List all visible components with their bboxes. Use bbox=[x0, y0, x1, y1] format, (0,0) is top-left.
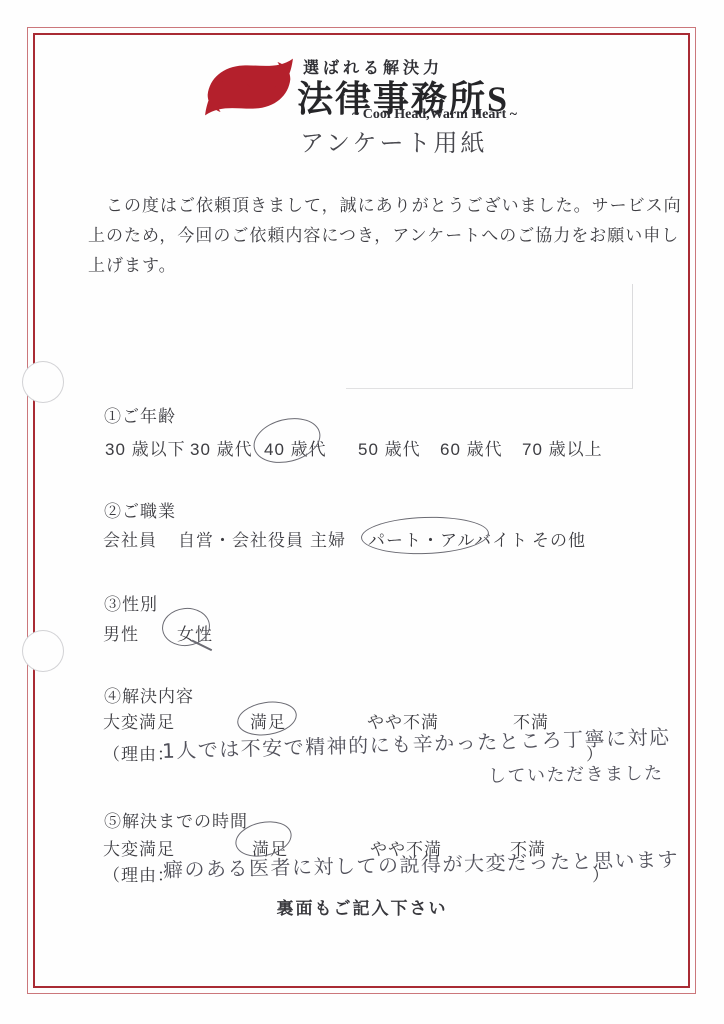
question-5-number: ⑤ bbox=[104, 812, 122, 831]
question-4-label: ④解決内容 bbox=[104, 682, 194, 707]
intro-line-1: この度はご依頼頂きまして，誠にありがとうございました。サービス向 bbox=[88, 191, 648, 221]
question-2-text: ご職業 bbox=[122, 502, 176, 521]
punch-hole-artifact-bottom bbox=[22, 630, 64, 672]
question-2-number: ② bbox=[104, 502, 122, 521]
intro-paragraph: この度はご依頼頂きまして，誠にありがとうございました。サービス向 上のため，今回… bbox=[88, 191, 648, 281]
question-5-label: ⑤解決までの時間 bbox=[104, 807, 248, 832]
q3-option-male: 男性 bbox=[103, 620, 139, 645]
form-title: アンケート用紙 bbox=[300, 123, 488, 158]
q5-reason-suffix: ） bbox=[592, 861, 610, 886]
question-1-text: ご年齢 bbox=[122, 407, 176, 426]
footer-note: 裏面もご記入下さい bbox=[0, 894, 724, 919]
q4-option-very-satisfied: 大変満足 bbox=[103, 708, 175, 733]
scanned-survey-page: 選ばれる解決力 法律事務所S ~ Cool Head,Warm Heart ~ … bbox=[0, 0, 724, 1024]
question-3-label: ③性別 bbox=[104, 590, 158, 615]
question-5-text: 解決までの時間 bbox=[122, 812, 248, 831]
scan-ghost-rectangle bbox=[346, 284, 633, 389]
q1-option-50s: 50 歳代 bbox=[358, 435, 421, 460]
intro-line-2: 上のため，今回のご依頼内容につき，アンケートへのご協力をお願い申し bbox=[88, 221, 648, 251]
punch-hole-artifact-top bbox=[22, 361, 64, 403]
question-1-label: ①ご年齢 bbox=[104, 402, 176, 427]
firm-logo-s-swirl-icon bbox=[198, 56, 300, 118]
question-4-number: ④ bbox=[104, 687, 122, 706]
firm-motto: ~ Cool Head,Warm Heart ~ bbox=[352, 107, 517, 123]
q2-option-company-employee: 会社員 bbox=[103, 526, 157, 551]
question-1-number: ① bbox=[104, 407, 122, 426]
q2-option-other: その他 bbox=[532, 526, 586, 551]
q1-option-60s: 60 歳代 bbox=[440, 435, 503, 460]
intro-line-3: 上げます。 bbox=[88, 251, 648, 281]
q1-option-30s: 30 歳代 bbox=[190, 435, 253, 460]
question-3-text: 性別 bbox=[122, 595, 158, 614]
question-4-text: 解決内容 bbox=[122, 687, 194, 706]
q1-option-over-70: 70 歳以上 bbox=[522, 435, 603, 460]
q1-option-under-30: 30 歳以下 bbox=[105, 435, 186, 460]
q2-option-housewife: 主婦 bbox=[310, 526, 346, 551]
q2-option-self-employed: 自営・会社役員 bbox=[178, 526, 304, 551]
q4-reason-handwriting-line2: していただきました bbox=[488, 759, 664, 788]
question-2-label: ②ご職業 bbox=[104, 497, 176, 522]
question-3-number: ③ bbox=[104, 595, 122, 614]
